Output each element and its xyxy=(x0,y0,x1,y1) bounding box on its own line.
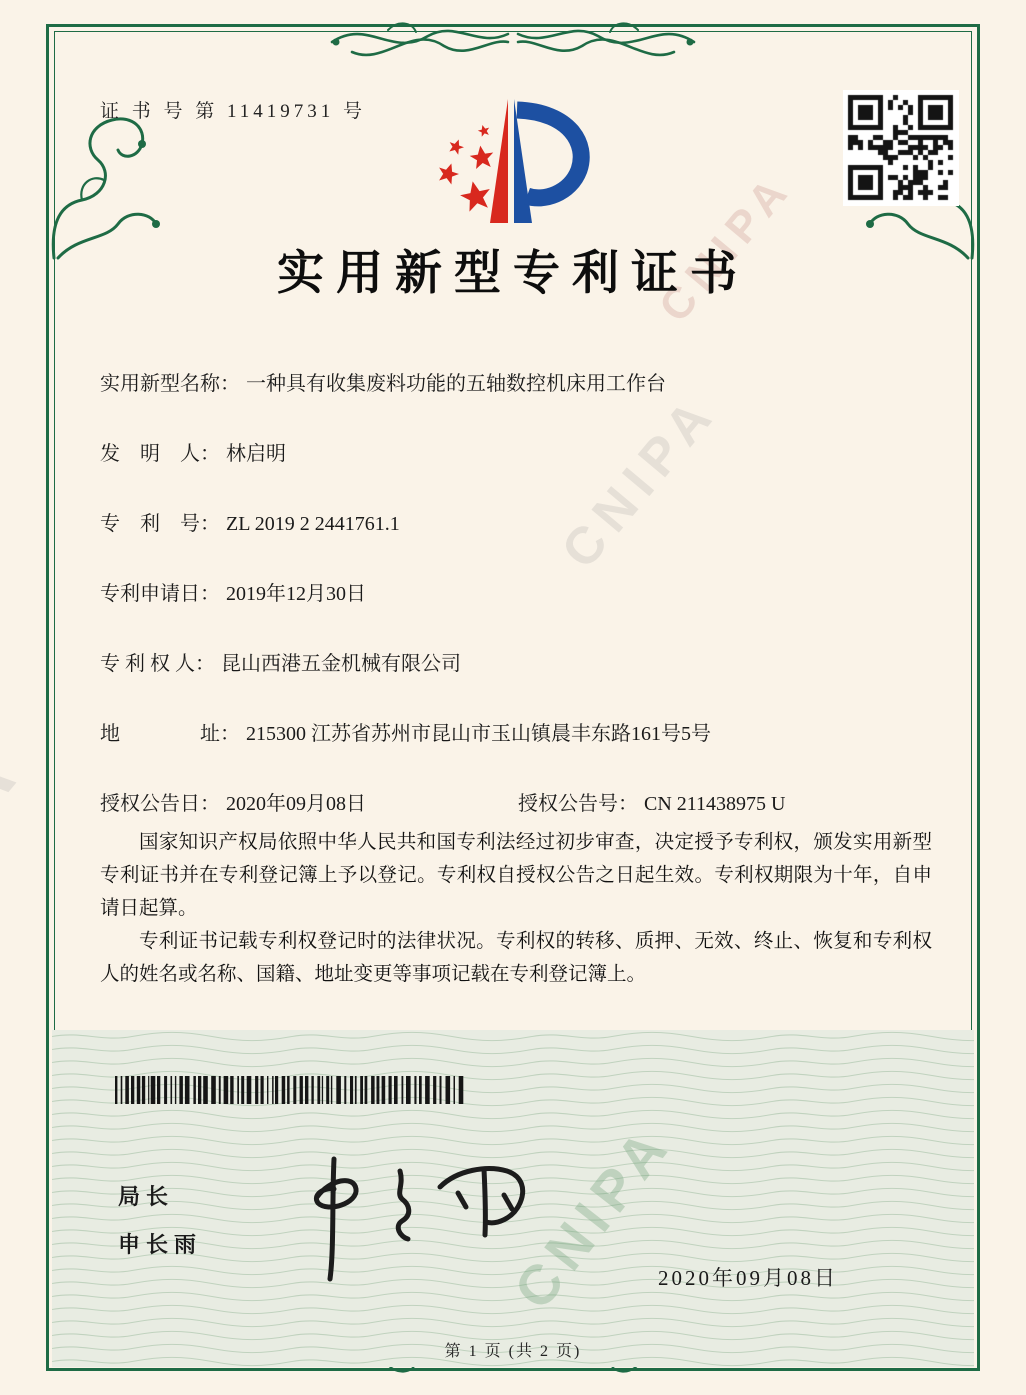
qr-code xyxy=(843,90,959,206)
field-row-address: 地 址：215300 江苏省苏州市昆山市玉山镇晨丰东路161号5号 xyxy=(100,717,940,745)
field-value: 林启明 xyxy=(226,443,286,465)
qr-code-canvas xyxy=(843,90,959,206)
field-value: 215300 江苏省苏州市昆山市玉山镇晨丰东路161号5号 xyxy=(246,723,711,745)
field-label: 专 利 权 人： xyxy=(100,653,215,675)
field-value: 昆山西港五金机械有限公司 xyxy=(221,653,461,675)
field-value: ZL 2019 2 2441761.1 xyxy=(226,513,400,535)
field-row-grant: 授权公告日：2020年09月08日 授权公告号：CN 211438975 U xyxy=(100,787,940,815)
certificate-number: 证 书 号 第 11419731 号 xyxy=(100,96,366,123)
field-row-inventor: 发 明 人：林启明 xyxy=(100,437,940,465)
field-label: 发 明 人： xyxy=(100,443,220,465)
legal-text: 国家知识产权局依照中华人民共和国专利法经过初步审查，决定授予专利权，颁发实用新型… xyxy=(100,826,932,991)
field-value: CN 211438975 U xyxy=(644,793,785,815)
field-row-name: 实用新型名称：一种具有收集废料功能的五轴数控机床用工作台 xyxy=(100,367,940,395)
grant-number-pair: 授权公告号：CN 211438975 U xyxy=(518,787,785,816)
field-value: 一种具有收集废料功能的五轴数控机床用工作台 xyxy=(246,373,666,395)
field-row-patent-no: 专 利 号：ZL 2019 2 2441761.1 xyxy=(100,507,940,535)
legal-paragraph-1: 国家知识产权局依照中华人民共和国专利法经过初步审查，决定授予专利权，颁发实用新型… xyxy=(100,826,932,925)
commissioner-name: 申长雨 xyxy=(118,1228,202,1259)
field-label: 专 利 号： xyxy=(100,513,220,535)
field-row-patentee: 专 利 权 人：昆山西港五金机械有限公司 xyxy=(100,647,940,675)
handwritten-signature xyxy=(272,1145,562,1295)
field-label: 授权公告日： xyxy=(100,793,220,815)
commissioner-title: 局长 xyxy=(118,1180,174,1211)
certificate-title: 实用新型专利证书 xyxy=(0,236,1026,303)
legal-paragraph-2: 专利证书记载专利权登记时的法律状况。专利权的转移、质押、无效、终止、恢复和专利权… xyxy=(100,925,932,991)
cnipa-emblem xyxy=(428,90,610,236)
field-value: 2019年12月30日 xyxy=(226,583,366,605)
field-value: 2020年09月08日 xyxy=(226,793,366,815)
patent-certificate-page: CNIPA CNIPA PA CNIPA 证 书 号 第 11419731 号 … xyxy=(0,0,1026,1395)
barcode xyxy=(115,1076,467,1104)
field-label: 授权公告号： xyxy=(518,793,638,815)
field-list: 实用新型名称：一种具有收集废料功能的五轴数控机床用工作台 发 明 人：林启明 专… xyxy=(100,367,940,857)
field-row-filing-date: 专利申请日：2019年12月30日 xyxy=(100,577,940,605)
field-label: 地 址： xyxy=(100,723,240,745)
issue-date: 2020年09月08日 xyxy=(658,1262,838,1292)
page-footer: 第 1 页 (共 2 页) xyxy=(0,1338,1026,1361)
field-label: 专利申请日： xyxy=(100,583,220,605)
field-label: 实用新型名称： xyxy=(100,373,240,395)
certificate-content: 证 书 号 第 11419731 号 实用新型专利证书 实用新型名称：一种具有收… xyxy=(0,0,1026,1395)
